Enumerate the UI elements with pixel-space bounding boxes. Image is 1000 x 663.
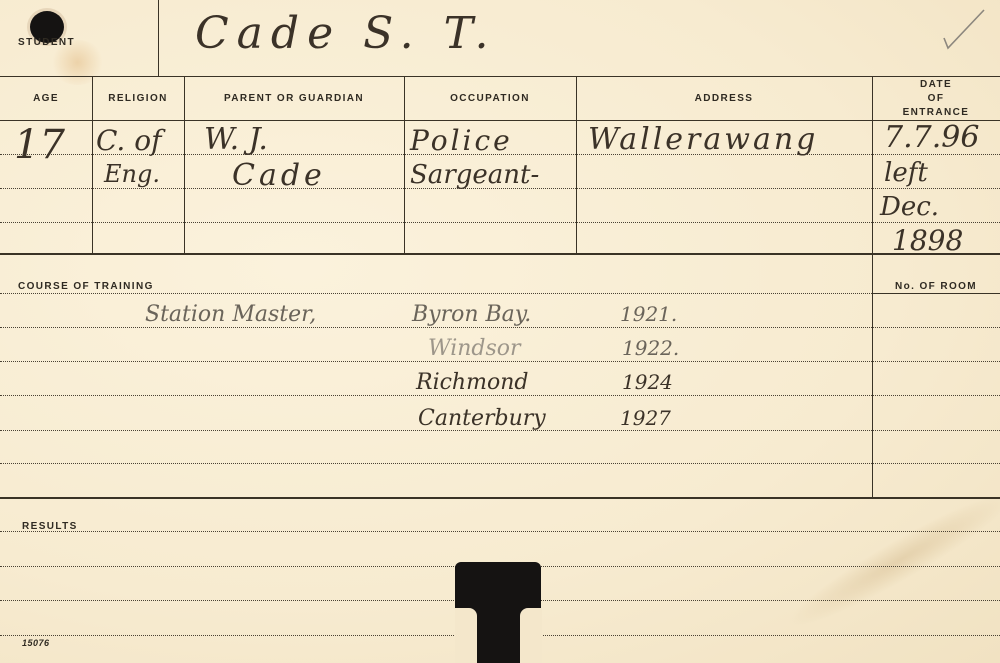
religion-value-line1: C. of — [96, 124, 161, 157]
header-address: ADDRESS — [576, 92, 872, 106]
section-rule — [0, 253, 1000, 255]
parent-value-line1: W. J. — [204, 122, 268, 157]
header-of-line: OF — [872, 92, 1000, 106]
room-header-rule — [872, 293, 1000, 294]
course-place: Byron Bay. — [412, 302, 531, 327]
left-year: 1898 — [892, 224, 963, 257]
course-place: Windsor — [428, 336, 521, 361]
entrance-date-value: 7.7.96 — [884, 120, 979, 155]
dotted-rule — [0, 463, 1000, 464]
student-divider — [158, 0, 159, 76]
course-year: 1922. — [622, 336, 679, 360]
header-entrance-line: ENTRANCE — [872, 106, 1000, 120]
course-year: 1921. — [620, 302, 677, 326]
course-place: Canterbury — [418, 406, 546, 431]
no-of-room-label: No. OF ROOM — [872, 280, 1000, 294]
dotted-rule — [0, 327, 1000, 328]
student-record-card: STUDENT Cade S. T. AGE RELIGION PARENT O… — [0, 0, 1000, 663]
course-of-training-label: COURSE OF TRAINING — [18, 280, 154, 294]
header-date-line: DATE — [872, 78, 1000, 92]
course-year: 1924 — [622, 370, 673, 394]
top-rule — [0, 76, 1000, 77]
smudge — [777, 478, 1000, 643]
course-place: Richmond — [416, 370, 528, 395]
header-parent-guardian: PARENT OR GUARDIAN — [184, 92, 404, 106]
checkmark-icon — [940, 8, 988, 52]
header-rule — [0, 120, 1000, 121]
course-year: 1927 — [620, 406, 671, 430]
left-month: Dec. — [880, 192, 939, 222]
address-value: Wallerawang — [588, 122, 818, 157]
student-name: Cade S. T. — [195, 8, 497, 59]
index-tab-stem — [478, 622, 518, 663]
header-age: AGE — [0, 92, 92, 106]
occupation-value-line2: Sargeant- — [410, 160, 539, 190]
header-religion: RELIGION — [92, 92, 184, 106]
tab-notch — [455, 608, 477, 663]
header-date-of-entrance: DATE OF ENTRANCE — [872, 78, 1000, 120]
occupation-value-line1: Police — [410, 124, 513, 157]
dotted-rule — [0, 293, 872, 294]
tab-notch — [520, 608, 542, 663]
left-note: left — [884, 158, 928, 188]
religion-value-line2: Eng. — [104, 160, 160, 188]
dotted-rule — [0, 531, 1000, 532]
header-occupation: OCCUPATION — [404, 92, 576, 106]
section-rule — [0, 497, 1000, 499]
dotted-rule — [0, 361, 1000, 362]
student-label: STUDENT — [18, 36, 75, 50]
card-serial-number: 15076 — [22, 638, 50, 648]
course-role: Station Master, — [145, 302, 316, 327]
dotted-rule — [0, 222, 1000, 223]
dotted-rule — [0, 395, 1000, 396]
parent-value-line2: Cade — [232, 158, 326, 193]
age-value: 17 — [14, 122, 65, 168]
